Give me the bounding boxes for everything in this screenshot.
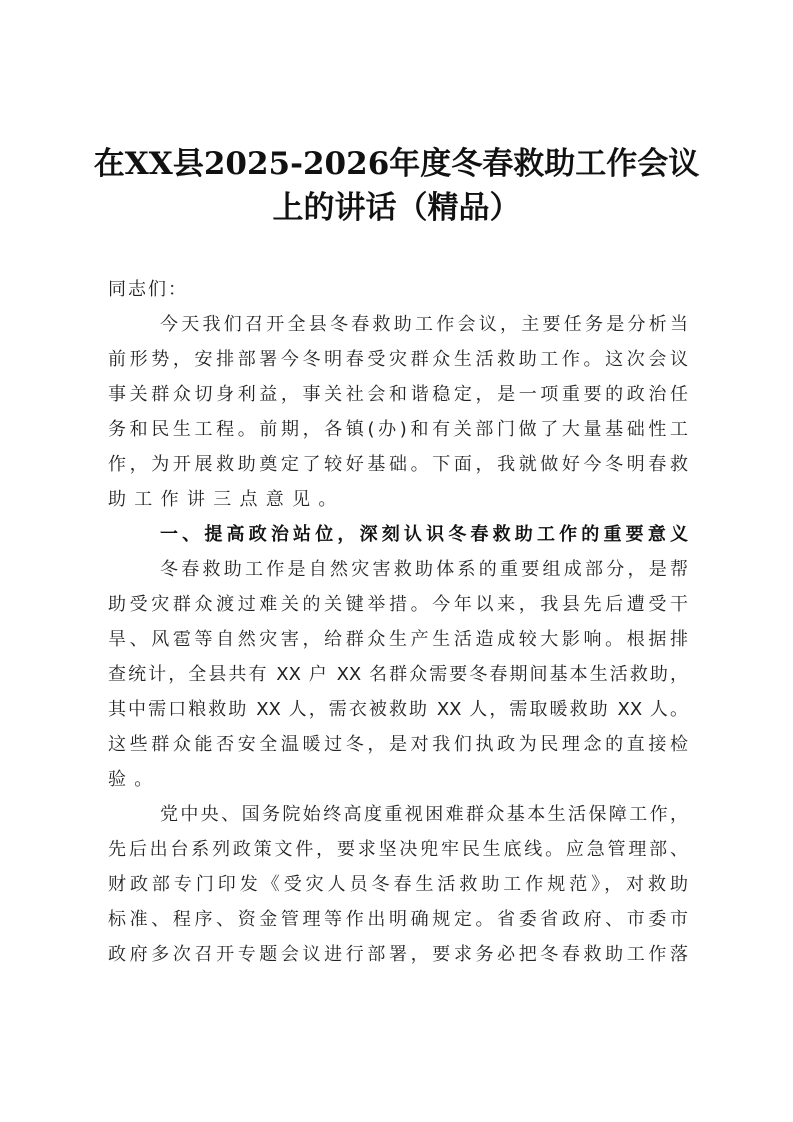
paragraph-line: 今天我们召开全县冬春救助工作会议，主要任务是分析当 bbox=[108, 307, 688, 342]
paragraph-line: 冬春救助工作是自然灾害救助体系的重要组成部分，是帮 bbox=[108, 552, 688, 587]
paragraph-policy: 党中央、国务院始终高度重视困难群众基本生活保障工作， 先后出台系列政策文件，要求… bbox=[108, 797, 688, 972]
paragraph-line: 旱、风雹等自然灾害，给群众生产生活造成较大影响。根据排 bbox=[108, 622, 688, 657]
document-page: 在XX县2025-2026年度冬春救助工作会议 上的讲话（精品） 同志们： 今天… bbox=[0, 0, 793, 1122]
paragraph-line: 政府多次召开专题会议进行部署，要求务必把冬春救助工作落 bbox=[108, 937, 688, 972]
paragraph-intro: 今天我们召开全县冬春救助工作会议，主要任务是分析当 前形势，安排部署今冬明春受灾… bbox=[108, 307, 688, 517]
document-title: 在XX县2025-2026年度冬春救助工作会议 上的讲话（精品） bbox=[0, 142, 793, 230]
paragraph-line: 助工作讲三点意见。 bbox=[108, 482, 688, 517]
title-line-1: 在XX县2025-2026年度冬春救助工作会议 bbox=[0, 142, 793, 186]
paragraph-line: 其中需口粮救助 XX 人，需衣被救助 XX 人，需取暖救助 XX 人。 bbox=[108, 692, 688, 727]
paragraph-line: 先后出台系列政策文件，要求坚决兜牢民生底线。应急管理部、 bbox=[108, 832, 688, 867]
paragraph-line: 务和民生工程。前期，各镇(办)和有关部门做了大量基础性工 bbox=[108, 412, 688, 447]
paragraph-line: 查统计，全县共有 XX 户 XX 名群众需要冬春期间基本生活救助， bbox=[108, 657, 688, 692]
salutation: 同志们： bbox=[108, 272, 688, 307]
paragraph-line: 事关群众切身利益，事关社会和谐稳定，是一项重要的政治任 bbox=[108, 377, 688, 412]
paragraph-line: 财政部专门印发《受灾人员冬春生活救助工作规范》，对救助 bbox=[108, 867, 688, 902]
section-heading-1: 一、提高政治站位，深刻认识冬春救助工作的重要意义 bbox=[108, 517, 688, 552]
paragraph-line: 验。 bbox=[108, 762, 688, 797]
paragraph-line: 助受灾群众渡过难关的关键举措。今年以来，我县先后遭受干 bbox=[108, 587, 688, 622]
paragraph-line: 这些群众能否安全温暖过冬，是对我们执政为民理念的直接检 bbox=[108, 727, 688, 762]
paragraph-line: 作，为开展救助奠定了较好基础。下面，我就做好今冬明春救 bbox=[108, 447, 688, 482]
title-line-2: 上的讲话（精品） bbox=[0, 186, 793, 230]
paragraph-significance: 冬春救助工作是自然灾害救助体系的重要组成部分，是帮 助受灾群众渡过难关的关键举措… bbox=[108, 552, 688, 797]
section-heading-text: 一、提高政治站位，深刻认识冬春救助工作的重要意义 bbox=[108, 517, 688, 552]
document-body: 同志们： 今天我们召开全县冬春救助工作会议，主要任务是分析当 前形势，安排部署今… bbox=[108, 272, 688, 972]
paragraph-line: 党中央、国务院始终高度重视困难群众基本生活保障工作， bbox=[108, 797, 688, 832]
paragraph-line: 前形势，安排部署今冬明春受灾群众生活救助工作。这次会议 bbox=[108, 342, 688, 377]
paragraph-line: 标准、程序、资金管理等作出明确规定。省委省政府、市委市 bbox=[108, 902, 688, 937]
